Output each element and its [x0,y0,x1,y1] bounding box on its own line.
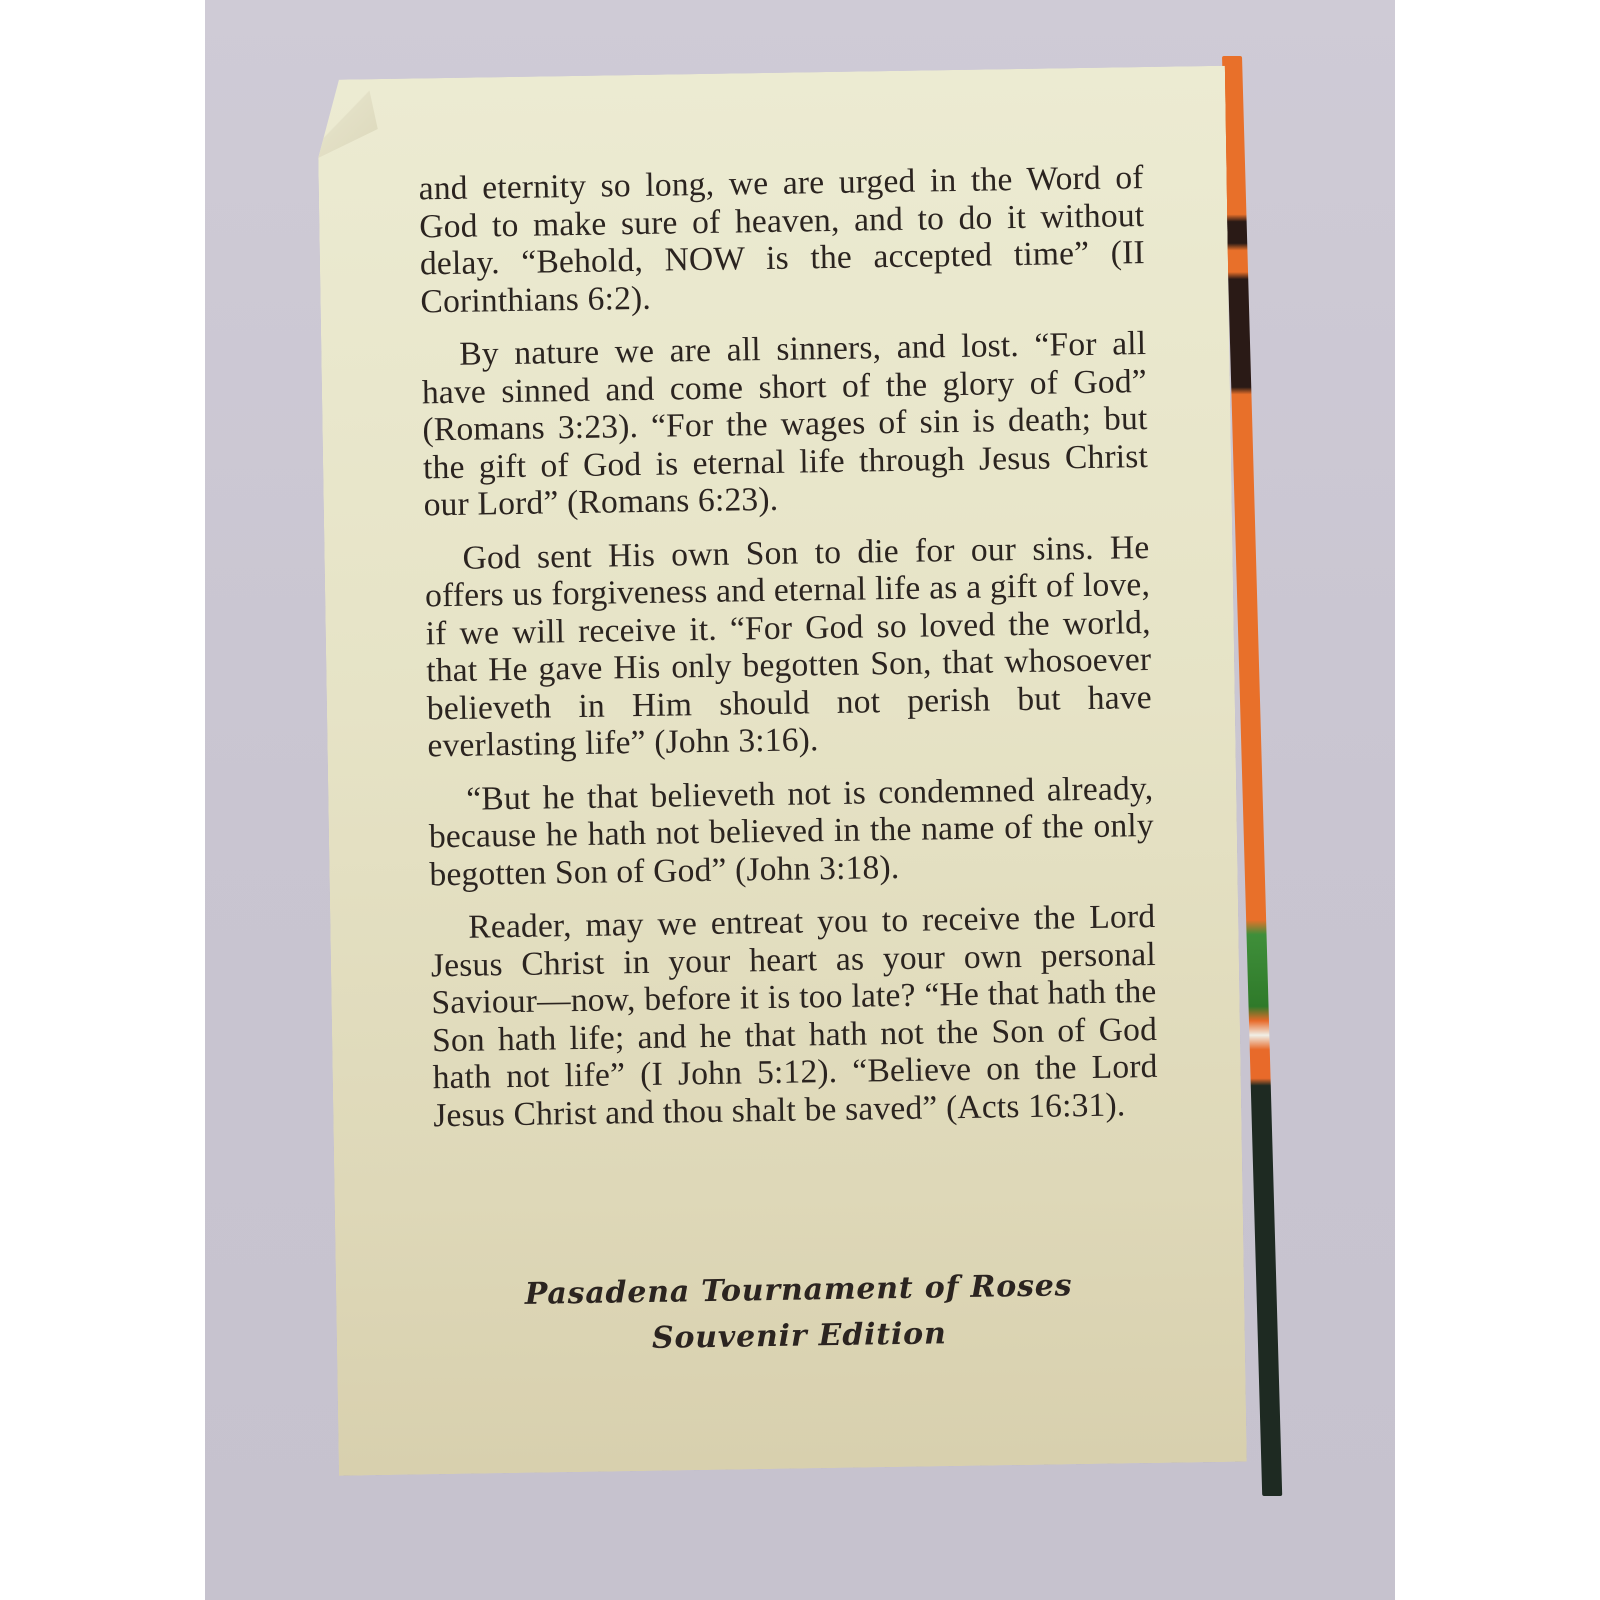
body-text: and eternity so long, we are urged in th… [418,159,1158,1150]
paragraph-condemned: “But he that believeth not is condemned … [428,769,1155,893]
edition-footer: Pasadena Tournament of Roses Souvenir Ed… [436,1262,1162,1365]
paragraph-sinners: By nature we are all sinners, and lost. … [421,325,1149,524]
paragraph-reader-appeal: Reader, may we entreat you to receive th… [430,898,1158,1134]
paragraph-god-sent-son: God sent His own Son to die for our sins… [424,528,1152,764]
tract-page: and eternity so long, we are urged in th… [317,66,1247,1476]
paragraph-eternity: and eternity so long, we are urged in th… [418,159,1145,320]
